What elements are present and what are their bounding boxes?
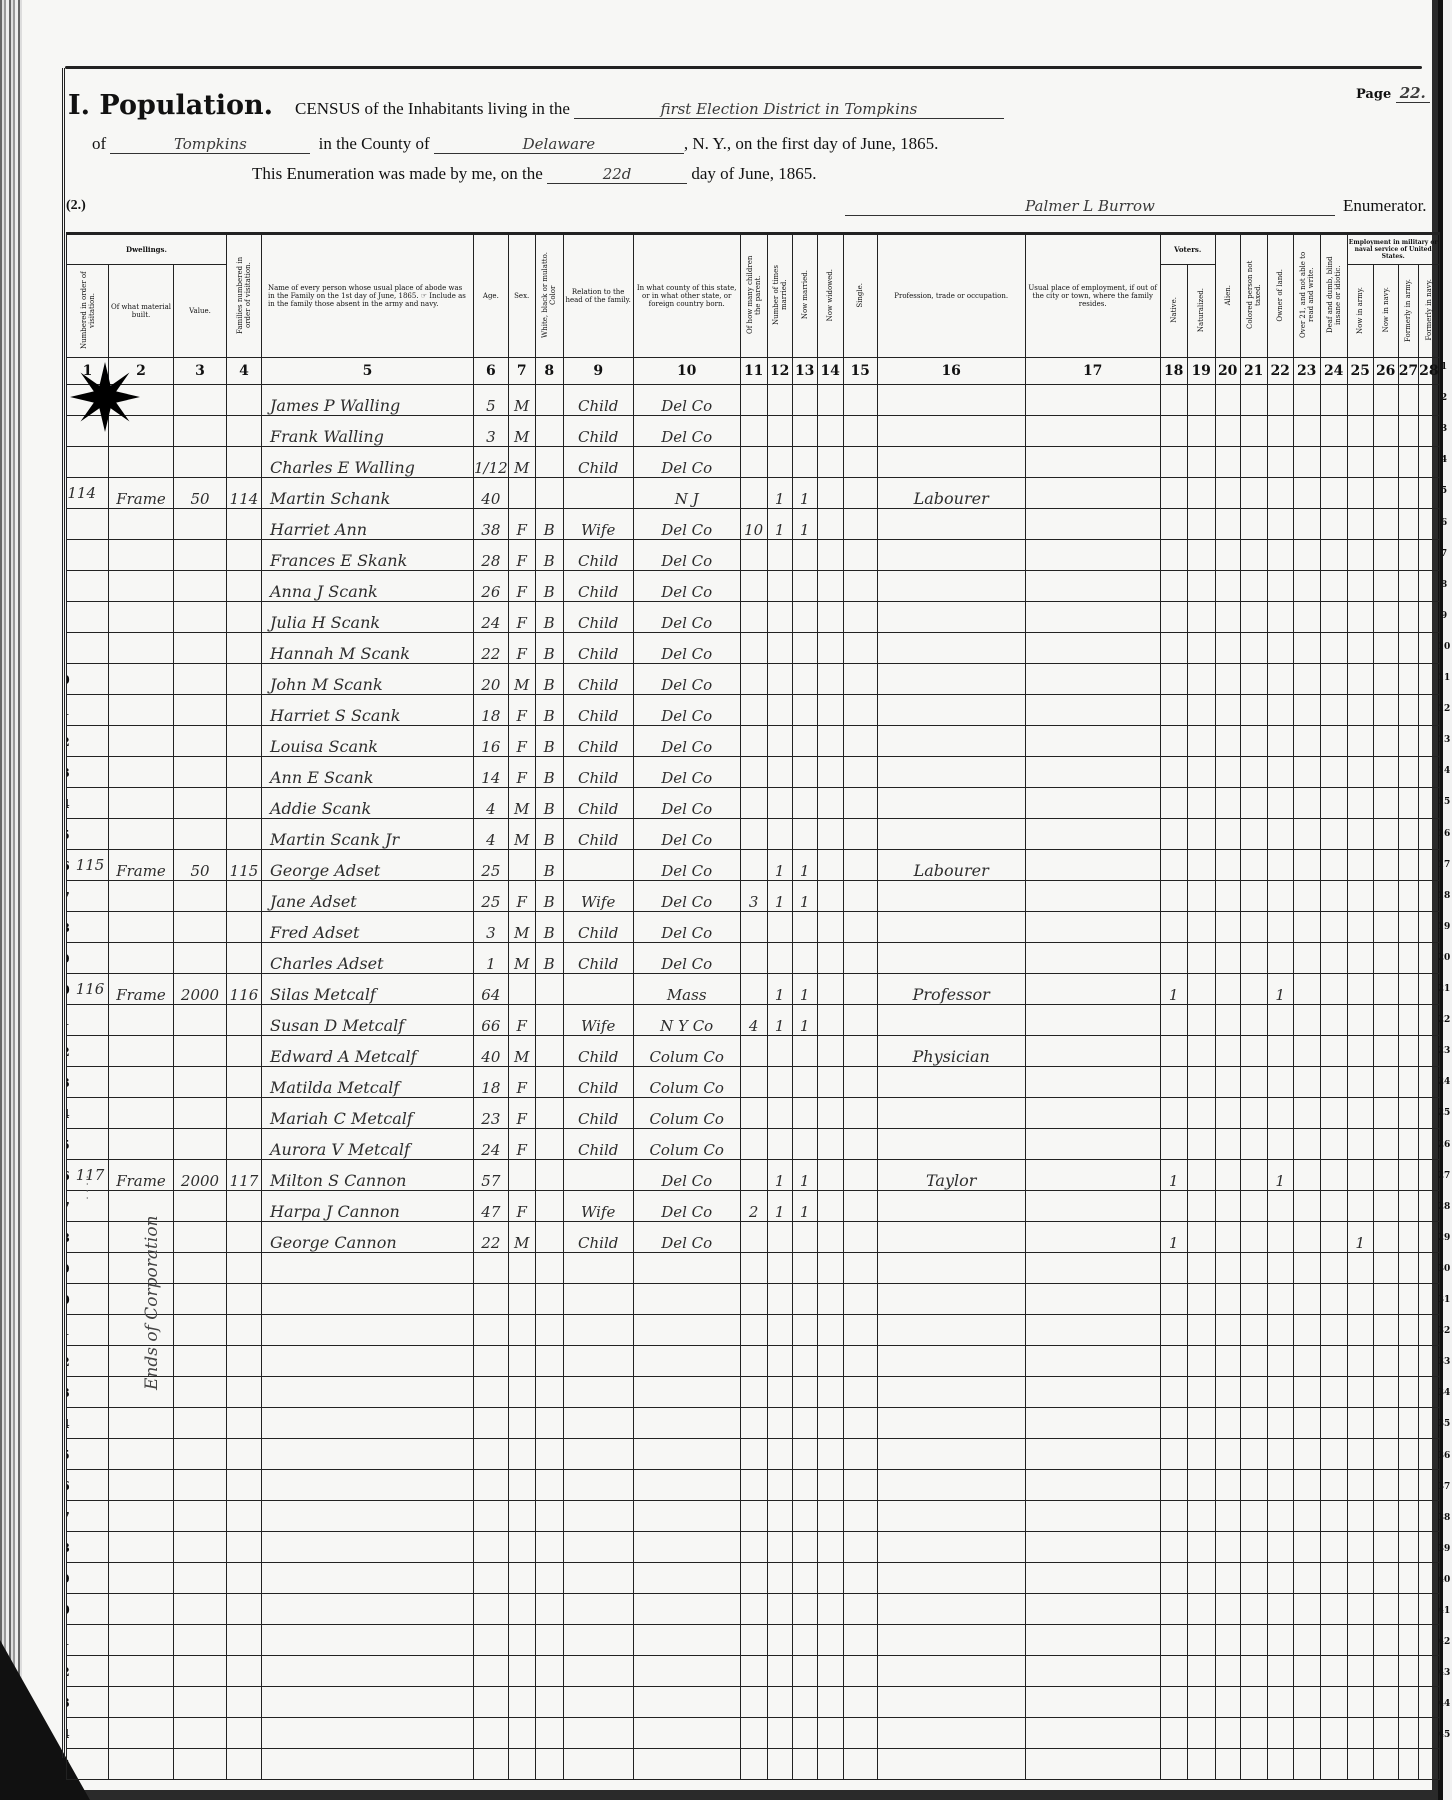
- cell-material: [109, 1656, 174, 1687]
- cell-illiterate: [1293, 1408, 1320, 1439]
- cell-value: [174, 881, 227, 912]
- line-number-cell: 29: [67, 1253, 109, 1284]
- column-number-6: 6: [474, 358, 509, 385]
- cell-material: [109, 571, 174, 602]
- cell-name: [262, 1718, 474, 1749]
- table-row: 11Harriet S Scank18FBChildDel Co: [67, 695, 1440, 726]
- cell-naturalized: [1187, 1098, 1215, 1129]
- cell-age: [474, 1253, 509, 1284]
- cell-children: [740, 540, 767, 571]
- cell-age: 40: [474, 1036, 509, 1067]
- cell-owner: [1267, 633, 1293, 664]
- cell-single: [843, 1346, 877, 1377]
- line-number: 32: [67, 1355, 70, 1369]
- cell-name: Ann E Scank: [262, 757, 474, 788]
- cell-disabled: [1320, 912, 1347, 943]
- cell-colored-not-taxed: [1240, 1346, 1267, 1377]
- cell-family: [227, 1067, 262, 1098]
- header-col-11: Of how many children the parent.: [740, 235, 767, 358]
- cell-value: [174, 726, 227, 757]
- line-number-cell: 31: [67, 1315, 109, 1346]
- line-number-cell: 9: [67, 633, 109, 664]
- cell-material: [109, 757, 174, 788]
- cell-value: [174, 1687, 227, 1718]
- cell-single: [843, 1160, 877, 1191]
- cell-illiterate: [1293, 571, 1320, 602]
- cell-birthplace: [633, 1377, 740, 1408]
- cell-native: [1160, 571, 1187, 602]
- cell-sex: F: [508, 509, 535, 540]
- cell-value: [174, 788, 227, 819]
- cell-disabled: [1320, 850, 1347, 881]
- cell-age: 22: [474, 633, 509, 664]
- cell-native: [1160, 1563, 1187, 1594]
- line-number: 43: [67, 1696, 70, 1710]
- cell-disabled: [1320, 1191, 1347, 1222]
- table-row: 29: [67, 1253, 1440, 1284]
- table-row: 24Mariah C Metcalf23FChildColum Co: [67, 1098, 1440, 1129]
- cell-family: [227, 1408, 262, 1439]
- cell-sex: [508, 1377, 535, 1408]
- cell-army-former: [1398, 943, 1418, 974]
- cell-native: [1160, 1532, 1187, 1563]
- cell-alien: [1215, 1687, 1240, 1718]
- cell-naturalized: [1187, 1718, 1215, 1749]
- cell-color: [535, 1036, 563, 1067]
- cell-times-married: [767, 757, 792, 788]
- enumeration-day-field: 22d: [547, 165, 687, 184]
- cell-disabled: [1320, 540, 1347, 571]
- cell-birthplace: Del Co: [633, 447, 740, 478]
- cell-widowed: [817, 571, 843, 602]
- cell-age: 5: [474, 385, 509, 416]
- cell-navy-now: [1373, 1532, 1398, 1563]
- cell-occupation: [877, 881, 1025, 912]
- cell-owner: [1267, 540, 1293, 571]
- table-row: 42: [67, 1656, 1440, 1687]
- cell-army-former: [1398, 1718, 1418, 1749]
- cell-material: Frame: [109, 1160, 174, 1191]
- cell-illiterate: [1293, 757, 1320, 788]
- cell-birthplace: N J: [633, 478, 740, 509]
- cell-children: [740, 1408, 767, 1439]
- cell-family: [227, 1253, 262, 1284]
- cell-army-now: [1347, 974, 1373, 1005]
- cell-children: [740, 602, 767, 633]
- line-number: 41: [67, 1634, 70, 1648]
- table-row: 16115Frame50115George Adset25BDel Co11La…: [67, 850, 1440, 881]
- cell-married: 1: [792, 1005, 817, 1036]
- cell-single: [843, 1718, 877, 1749]
- cell-children: [740, 416, 767, 447]
- line-number: 38: [67, 1541, 70, 1555]
- cell-children: [740, 1439, 767, 1470]
- cell-widowed: [817, 788, 843, 819]
- cell-army-former: [1398, 509, 1418, 540]
- cell-birthplace: Del Co: [633, 1222, 740, 1253]
- cell-children: [740, 1749, 767, 1780]
- census-rows: 1James P Walling5MChildDel Co2Frank Wall…: [67, 385, 1440, 1780]
- cell-sex: F: [508, 695, 535, 726]
- cell-married: [792, 664, 817, 695]
- header-col-17: Usual place of employment, if out of the…: [1025, 235, 1160, 358]
- cell-name: Milton S Cannon: [262, 1160, 474, 1191]
- cell-age: 4: [474, 819, 509, 850]
- cell-married: [792, 912, 817, 943]
- cell-birthplace: [633, 1625, 740, 1656]
- cell-alien: [1215, 819, 1240, 850]
- cell-color: [535, 1687, 563, 1718]
- cell-colored-not-taxed: [1240, 1377, 1267, 1408]
- cell-birthplace: N Y Co: [633, 1005, 740, 1036]
- cell-native: [1160, 695, 1187, 726]
- cell-married: [792, 1346, 817, 1377]
- table-row: 22Edward A Metcalf40MChildColum CoPhysic…: [67, 1036, 1440, 1067]
- line-number-cell: 15: [67, 819, 109, 850]
- cell-children: [740, 1067, 767, 1098]
- right-line-number: 36: [1437, 1451, 1451, 1461]
- table-row: 6Frances E Skank28FBChildDel Co: [67, 540, 1440, 571]
- cell-navy-now: [1373, 1594, 1398, 1625]
- cell-owner: [1267, 881, 1293, 912]
- cell-single: [843, 943, 877, 974]
- cell-owner: [1267, 1749, 1293, 1780]
- cell-times-married: [767, 1625, 792, 1656]
- cell-birthplace: Del Co: [633, 819, 740, 850]
- cell-relation: Wife: [563, 1191, 633, 1222]
- cell-widowed: [817, 385, 843, 416]
- cell-native: [1160, 509, 1187, 540]
- cell-widowed: [817, 943, 843, 974]
- cell-navy-now: [1373, 1656, 1398, 1687]
- county-label: in the County of: [319, 134, 430, 153]
- cell-relation: [563, 1253, 633, 1284]
- cell-employment-place: [1025, 478, 1160, 509]
- cell-native: [1160, 664, 1187, 695]
- header-col-27: Formerly in army.: [1398, 265, 1418, 358]
- cell-illiterate: [1293, 1625, 1320, 1656]
- cell-army-former: [1398, 1160, 1418, 1191]
- dwelling-number: 114: [67, 484, 96, 502]
- line-number: 15: [67, 828, 70, 842]
- cell-single: [843, 509, 877, 540]
- cell-naturalized: [1187, 1346, 1215, 1377]
- cell-family: [227, 819, 262, 850]
- cell-navy-now: [1373, 1563, 1398, 1594]
- cell-naturalized: [1187, 1253, 1215, 1284]
- cell-occupation: [877, 416, 1025, 447]
- cell-alien: [1215, 757, 1240, 788]
- cell-naturalized: [1187, 540, 1215, 571]
- column-number-22: 22: [1267, 358, 1293, 385]
- cell-value: [174, 1408, 227, 1439]
- cell-employment-place: [1025, 540, 1160, 571]
- cell-navy-now: [1373, 881, 1398, 912]
- cell-army-now: [1347, 1408, 1373, 1439]
- cell-army-former: [1398, 912, 1418, 943]
- cell-colored-not-taxed: [1240, 1191, 1267, 1222]
- cell-naturalized: [1187, 416, 1215, 447]
- cell-illiterate: [1293, 1439, 1320, 1470]
- cell-value: [174, 1470, 227, 1501]
- cell-disabled: [1320, 1718, 1347, 1749]
- cell-sex: [508, 1749, 535, 1780]
- cell-colored-not-taxed: [1240, 1563, 1267, 1594]
- cell-native: [1160, 1625, 1187, 1656]
- table-row: 43: [67, 1687, 1440, 1718]
- cell-birthplace: Del Co: [633, 695, 740, 726]
- cell-army-former: [1398, 1098, 1418, 1129]
- cell-color: B: [535, 850, 563, 881]
- cell-disabled: [1320, 633, 1347, 664]
- cell-widowed: [817, 912, 843, 943]
- cell-single: [843, 726, 877, 757]
- cell-naturalized: [1187, 1594, 1215, 1625]
- cell-alien: [1215, 726, 1240, 757]
- cell-employment-place: [1025, 1315, 1160, 1346]
- cell-owner: [1267, 1594, 1293, 1625]
- cell-single: [843, 416, 877, 447]
- header-col-21: Colored person not taxed.: [1240, 235, 1267, 358]
- cell-color: [535, 1749, 563, 1780]
- cell-age: 38: [474, 509, 509, 540]
- dwelling-number: 115: [76, 856, 105, 874]
- line-number-cell: 13: [67, 757, 109, 788]
- cell-birthplace: [633, 1749, 740, 1780]
- cell-alien: [1215, 974, 1240, 1005]
- cell-naturalized: [1187, 974, 1215, 1005]
- cell-children: [740, 1036, 767, 1067]
- cell-sex: F: [508, 1098, 535, 1129]
- right-line-number: 18: [1437, 891, 1451, 901]
- cell-army-former: [1398, 1005, 1418, 1036]
- cell-times-married: [767, 1718, 792, 1749]
- cell-disabled: [1320, 1284, 1347, 1315]
- cell-children: [740, 1625, 767, 1656]
- cell-value: [174, 540, 227, 571]
- cell-relation: [563, 1284, 633, 1315]
- cell-birthplace: Del Co: [633, 416, 740, 447]
- cell-married: [792, 1222, 817, 1253]
- cell-illiterate: [1293, 788, 1320, 819]
- cell-material: [109, 602, 174, 633]
- cell-color: B: [535, 664, 563, 695]
- cell-married: 1: [792, 509, 817, 540]
- cell-color: [535, 447, 563, 478]
- cell-owner: [1267, 819, 1293, 850]
- cell-single: [843, 633, 877, 664]
- cell-married: [792, 1253, 817, 1284]
- cell-married: [792, 571, 817, 602]
- table-row: 3Charles E Walling1/12MChildDel Co: [67, 447, 1440, 478]
- cell-children: [740, 974, 767, 1005]
- column-number-10: 10: [633, 358, 740, 385]
- cell-naturalized: [1187, 695, 1215, 726]
- column-number-21: 21: [1240, 358, 1267, 385]
- cell-army-former: [1398, 757, 1418, 788]
- cell-alien: [1215, 509, 1240, 540]
- cell-family: [227, 1749, 262, 1780]
- cell-value: [174, 1718, 227, 1749]
- cell-name: Julia H Scank: [262, 602, 474, 633]
- cell-family: [227, 1718, 262, 1749]
- cell-employment-place: [1025, 1222, 1160, 1253]
- cell-birthplace: Del Co: [633, 788, 740, 819]
- column-number-7: 7: [508, 358, 535, 385]
- cell-navy-now: [1373, 1470, 1398, 1501]
- cell-illiterate: [1293, 1222, 1320, 1253]
- cell-illiterate: [1293, 478, 1320, 509]
- cell-alien: [1215, 416, 1240, 447]
- cell-times-married: 1: [767, 850, 792, 881]
- cell-single: [843, 1594, 877, 1625]
- right-line-number: 40: [1437, 1575, 1451, 1585]
- cell-times-married: [767, 726, 792, 757]
- cell-age: 24: [474, 1129, 509, 1160]
- cell-material: Frame: [109, 974, 174, 1005]
- cell-native: [1160, 1656, 1187, 1687]
- cell-navy-now: [1373, 788, 1398, 819]
- table-row: 17Jane Adset25FBWifeDel Co311: [67, 881, 1440, 912]
- cell-age: 1/12: [474, 447, 509, 478]
- cell-occupation: [877, 664, 1025, 695]
- cell-widowed: [817, 1563, 843, 1594]
- cell-value: [174, 571, 227, 602]
- cell-navy-now: [1373, 447, 1398, 478]
- cell-age: 64: [474, 974, 509, 1005]
- cell-single: [843, 850, 877, 881]
- cell-illiterate: [1293, 1253, 1320, 1284]
- cell-colored-not-taxed: [1240, 1129, 1267, 1160]
- cell-sex: M: [508, 819, 535, 850]
- cell-relation: Child: [563, 385, 633, 416]
- header-col-2: Of what material built.: [109, 265, 174, 358]
- cell-occupation: [877, 1346, 1025, 1377]
- cell-age: [474, 1625, 509, 1656]
- cell-alien: [1215, 912, 1240, 943]
- cell-material: Frame: [109, 850, 174, 881]
- line-number: 13: [67, 766, 70, 780]
- cell-name: Louisa Scank: [262, 726, 474, 757]
- right-line-number: 34: [1437, 1388, 1451, 1398]
- cell-widowed: [817, 726, 843, 757]
- line-number-cell: 22: [67, 1036, 109, 1067]
- cell-family: 116: [227, 974, 262, 1005]
- header-col-25: Now in army.: [1347, 265, 1373, 358]
- enumeration-text: This Enumeration was made by me, on the: [252, 164, 543, 183]
- cell-widowed: [817, 1346, 843, 1377]
- cell-age: 40: [474, 478, 509, 509]
- cell-alien: [1215, 1470, 1240, 1501]
- cell-birthplace: [633, 1687, 740, 1718]
- cell-army-former: [1398, 1315, 1418, 1346]
- cell-value: [174, 633, 227, 664]
- table-row: 18Fred Adset3MBChildDel Co: [67, 912, 1440, 943]
- cell-army-now: [1347, 788, 1373, 819]
- cell-relation: Child: [563, 416, 633, 447]
- cell-family: [227, 1191, 262, 1222]
- cell-army-former: [1398, 571, 1418, 602]
- cell-family: [227, 757, 262, 788]
- cell-birthplace: [633, 1470, 740, 1501]
- cell-material: [109, 1253, 174, 1284]
- cell-married: [792, 1563, 817, 1594]
- cell-relation: [563, 1532, 633, 1563]
- cell-owner: [1267, 1656, 1293, 1687]
- cell-navy-now: [1373, 633, 1398, 664]
- cell-army-now: [1347, 1625, 1373, 1656]
- header-col-9: Relation to the head of the family.: [563, 235, 633, 358]
- cell-material: Frame: [109, 478, 174, 509]
- line-number: 20: [67, 983, 70, 997]
- cell-relation: [563, 1470, 633, 1501]
- cell-occupation: [877, 633, 1025, 664]
- cell-illiterate: [1293, 509, 1320, 540]
- cell-native: [1160, 1191, 1187, 1222]
- cell-age: 66: [474, 1005, 509, 1036]
- cell-times-married: [767, 447, 792, 478]
- cell-married: [792, 447, 817, 478]
- cell-colored-not-taxed: [1240, 1315, 1267, 1346]
- cell-color: B: [535, 912, 563, 943]
- cell-value: [174, 1377, 227, 1408]
- cell-colored-not-taxed: [1240, 1718, 1267, 1749]
- cell-army-former: [1398, 540, 1418, 571]
- cell-navy-now: [1373, 1067, 1398, 1098]
- cell-value: [174, 509, 227, 540]
- cell-illiterate: [1293, 1036, 1320, 1067]
- cell-widowed: [817, 695, 843, 726]
- cell-employment-place: [1025, 1067, 1160, 1098]
- cell-material: [109, 1749, 174, 1780]
- cell-times-married: 1: [767, 478, 792, 509]
- header-col-16: Profession, trade or occupation.: [877, 235, 1025, 358]
- cell-family: [227, 540, 262, 571]
- cell-birthplace: [633, 1594, 740, 1625]
- cell-disabled: [1320, 509, 1347, 540]
- cell-color: [535, 1315, 563, 1346]
- cell-native: [1160, 1067, 1187, 1098]
- cell-occupation: [877, 1191, 1025, 1222]
- cell-family: [227, 1346, 262, 1377]
- cell-employment-place: [1025, 1749, 1160, 1780]
- cell-native: [1160, 1594, 1187, 1625]
- cell-naturalized: [1187, 912, 1215, 943]
- cell-family: [227, 664, 262, 695]
- cell-owner: [1267, 1377, 1293, 1408]
- cell-native: [1160, 1253, 1187, 1284]
- cell-disabled: [1320, 974, 1347, 1005]
- cell-naturalized: [1187, 1191, 1215, 1222]
- cell-navy-now: [1373, 1253, 1398, 1284]
- cell-material: [109, 1315, 174, 1346]
- cell-times-married: [767, 819, 792, 850]
- cell-name: [262, 1749, 474, 1780]
- right-line-number: 4: [1437, 455, 1451, 465]
- cell-children: [740, 633, 767, 664]
- cell-birthplace: Del Co: [633, 540, 740, 571]
- column-number-row: 1234567891011121314151617181920212223242…: [67, 358, 1440, 385]
- cell-alien: [1215, 1718, 1240, 1749]
- cell-colored-not-taxed: [1240, 633, 1267, 664]
- cell-alien: [1215, 1656, 1240, 1687]
- cell-age: [474, 1718, 509, 1749]
- header-col-28: Formerly in navy.: [1419, 265, 1439, 358]
- cell-native: [1160, 1470, 1187, 1501]
- cell-name: [262, 1253, 474, 1284]
- cell-employment-place: [1025, 1594, 1160, 1625]
- cell-naturalized: [1187, 1439, 1215, 1470]
